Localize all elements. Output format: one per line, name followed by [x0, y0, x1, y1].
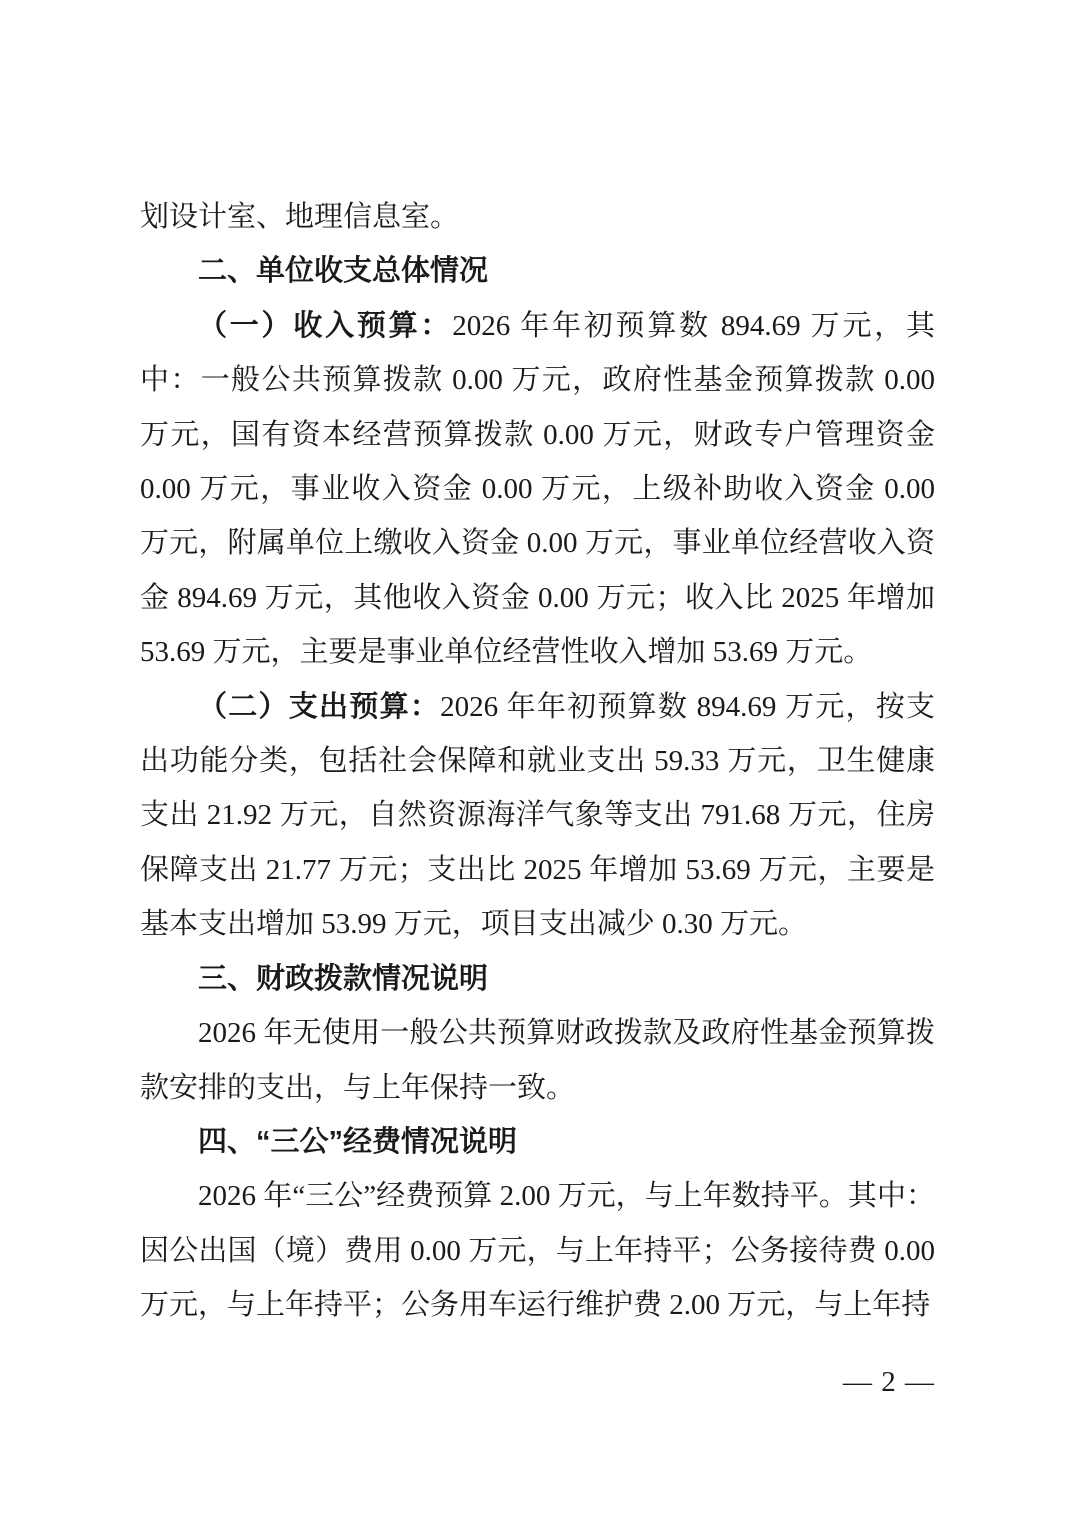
paragraph-income-budget-text: 2026 年年初预算数 894.69 万元，其中：一般公共预算拨款 0.00 万…	[140, 310, 935, 668]
paragraph-three-public-funds: 2026 年“三公”经费预算 2.00 万元，与上年数持平。其中：因公出国（境）…	[140, 1169, 935, 1332]
heading-section-3-fiscal-appropriation: 三、财政拨款情况说明	[140, 952, 935, 1006]
paragraph-income-budget: （一）收入预算：2026 年年初预算数 894.69 万元，其中：一般公共预算拨…	[140, 299, 935, 680]
paragraph-three-public-funds-text: 2026 年“三公”经费预算 2.00 万元，与上年数持平。其中：因公出国（境）…	[140, 1180, 935, 1321]
paragraph-expenditure-budget-text: 2026 年年初预算数 894.69 万元，按支出功能分类，包括社会保障和就业支…	[140, 691, 935, 941]
paragraph-income-budget-lead: （一）收入预算：	[198, 310, 452, 342]
paragraph-fiscal-appropriation-text: 2026 年无使用一般公共预算财政拨款及政府性基金预算拨款安排的支出，与上年保持…	[140, 1017, 935, 1103]
paragraph-continuation-text: 划设计室、地理信息室。	[140, 201, 459, 233]
heading-section-2-revenue-expenditure-overview: 二、单位收支总体情况	[140, 244, 935, 298]
paragraph-continuation: 划设计室、地理信息室。	[140, 190, 935, 244]
paragraph-expenditure-budget-lead: （二）支出预算：	[198, 691, 440, 723]
page-number: — 2 —	[843, 1366, 935, 1398]
paragraph-expenditure-budget: （二）支出预算：2026 年年初预算数 894.69 万元，按支出功能分类，包括…	[140, 680, 935, 952]
document-text-body: 划设计室、地理信息室。 二、单位收支总体情况 （一）收入预算：2026 年年初预…	[140, 190, 935, 1333]
paragraph-fiscal-appropriation: 2026 年无使用一般公共预算财政拨款及政府性基金预算拨款安排的支出，与上年保持…	[140, 1006, 935, 1115]
heading-section-4-three-public-funds: 四、“三公”经费情况说明	[140, 1115, 935, 1169]
document-page: 划设计室、地理信息室。 二、单位收支总体情况 （一）收入预算：2026 年年初预…	[0, 0, 1074, 1520]
